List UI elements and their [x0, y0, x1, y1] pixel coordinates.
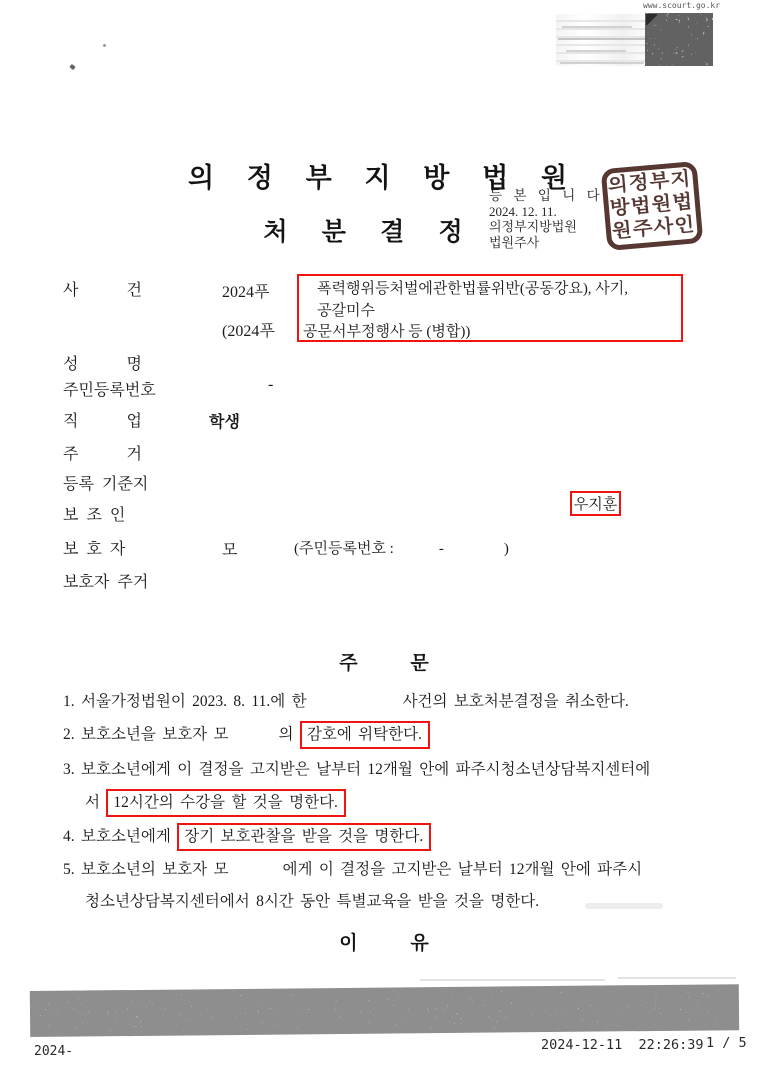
- court-website-url: www.scourt.go.kr: [643, 1, 723, 10]
- footer-datetime: 2024-12-11 22:26:39: [541, 1037, 704, 1053]
- order-item-2-text: 2. 보호소년을 보호자 모: [63, 726, 229, 743]
- order-item-5-text: 5. 보호소년의 보호자 모: [63, 861, 229, 878]
- scan-speck: [103, 44, 106, 47]
- charge-line: 공문서부정행사 등 (병합)): [303, 322, 677, 344]
- rrn-label: 주민등록번호: [63, 377, 156, 400]
- assistant-name: 우지훈: [574, 493, 617, 514]
- certifying-officer: 법원주사: [489, 235, 604, 251]
- official-seal-stamp: 의정부지 방법원법 원주사인: [601, 161, 704, 251]
- scan-speck: [69, 64, 75, 70]
- custody-highlight-box: 감호에 위탁한다.: [300, 721, 430, 749]
- footer-page-number: 1 / 5: [706, 1035, 747, 1051]
- order-item-4: 4. 보호소년에게 장기 보호관찰을 받을 것을 명한다.: [63, 824, 431, 846]
- order-item-2: 2. 보호소년을 보호자 모의 감호에 위탁한다.: [63, 722, 430, 744]
- guardian-rrn-note: (주민등록번호 : - ): [294, 537, 509, 558]
- order-item-5-text: 에게 이 결정을 고지받은 날부터 12개월 안에 파주시: [283, 861, 643, 878]
- certified-copy-text: 등 본 입 니 다: [489, 188, 604, 204]
- scan-smudge: [585, 903, 663, 909]
- certification-block: 등 본 입 니 다 2024. 12. 11. 의정부지방법원 법원주사: [489, 188, 604, 250]
- faded-fax-text-block: [556, 14, 652, 66]
- guardian-residence-label: 보호자 주거: [63, 569, 148, 592]
- assistant-name-highlight-box: 우지훈: [570, 491, 621, 516]
- case-label: 사 건: [63, 277, 142, 300]
- seal-row: 원주사인: [611, 215, 696, 242]
- order-item-1-text: 1. 서울가정법원이 2023. 8. 11.에 한: [63, 693, 307, 710]
- assistant-label: 보 조 인: [63, 502, 125, 525]
- footer-case-prefix: 2024-: [34, 1044, 73, 1059]
- residence-label: 주 거: [63, 441, 142, 464]
- rrn-value: -: [268, 376, 273, 394]
- faded-scan-line: [618, 977, 736, 979]
- scanned-court-document: www.scourt.go.kr 의 정 부 지 방 법 원 처 분 결 정 등…: [0, 0, 768, 1084]
- reason-section-title: 이 유: [0, 928, 768, 955]
- order-item-1-text: 사건의 보호처분결정을 취소한다.: [403, 693, 629, 710]
- name-label: 성 명: [63, 351, 142, 374]
- occupation-value: 학생: [209, 409, 240, 432]
- charge-line: 폭력행위등처벌에관한법률위반(공동강요), 사기,: [303, 279, 677, 301]
- qr-finder-mark: [646, 14, 657, 25]
- order-item-2-text: 의: [279, 726, 294, 743]
- case-number-2: (2024푸: [222, 318, 275, 341]
- charge-line: 공갈미수: [303, 301, 677, 323]
- certifying-court: 의정부지방법원: [489, 219, 604, 235]
- occupation-label: 직 업: [63, 408, 142, 431]
- case-number: 2024푸: [222, 279, 269, 302]
- guardian-label: 보 호 자: [63, 536, 125, 559]
- registration-label: 등록 기준지: [63, 471, 148, 494]
- order-item-4-text: 4. 보호소년에게: [63, 828, 171, 845]
- order-item-3-text: 서: [85, 794, 100, 811]
- guardian-value: 모: [222, 537, 237, 560]
- order-item-1: 1. 서울가정법원이 2023. 8. 11.에 한사건의 보호처분결정을 취소…: [63, 689, 629, 711]
- probation-highlight-box: 장기 보호관찰을 받을 것을 명한다.: [177, 823, 431, 851]
- order-item-3-line-2: 서 12시간의 수강을 할 것을 명한다.: [85, 790, 346, 812]
- faded-scan-line: [420, 979, 605, 981]
- lecture-order-highlight-box: 12시간의 수강을 할 것을 명한다.: [106, 789, 346, 817]
- order-item-5-line-1: 5. 보호소년의 보호자 모에게 이 결정을 고지받은 날부터 12개월 안에 …: [63, 857, 642, 879]
- redacted-noise-block: [30, 984, 739, 1037]
- order-item-3-line-1: 3. 보호소년에게 이 결정을 고지받은 날부터 12개월 안에 파주시청소년상…: [63, 757, 650, 779]
- charges-highlight-box: 폭력행위등처벌에관한법률위반(공동강요), 사기, 공갈미수 공문서부정행사 등…: [297, 274, 683, 342]
- certification-date: 2024. 12. 11.: [489, 204, 604, 220]
- order-item-5-line-2: 청소년상담복지센터에서 8시간 동안 특별교육을 받을 것을 명한다.: [85, 889, 539, 911]
- order-section-title: 주 문: [0, 648, 768, 675]
